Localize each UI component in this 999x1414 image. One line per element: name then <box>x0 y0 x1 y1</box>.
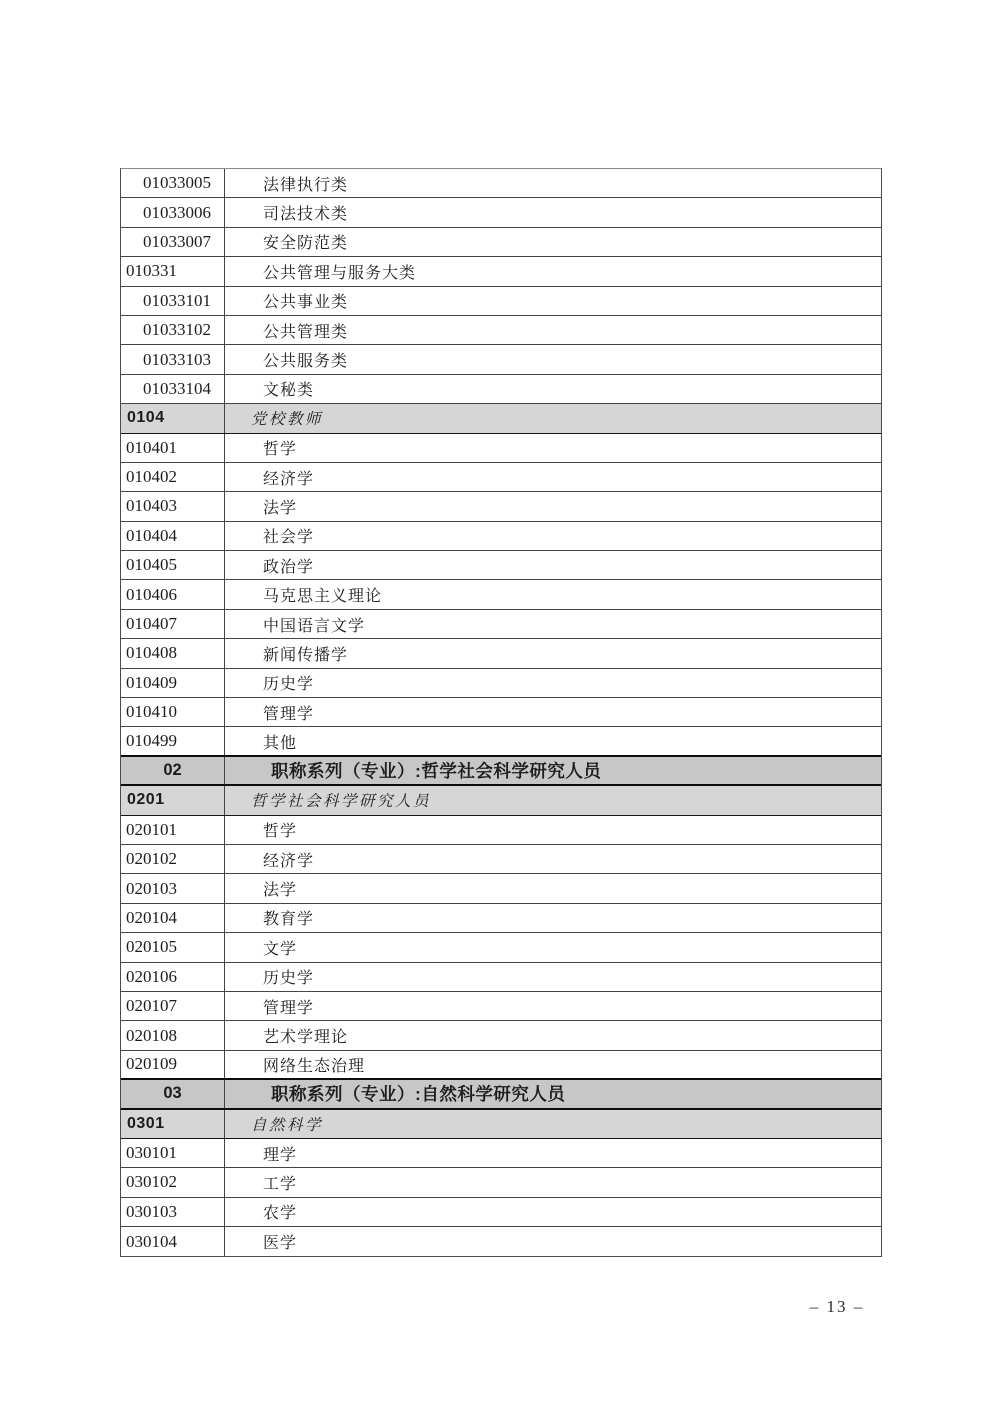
code-cell: 0201 <box>121 786 225 814</box>
code-cell: 01033007 <box>121 228 225 256</box>
label-cell: 历史学 <box>225 669 881 697</box>
table-row: 010406 马克思主义理论 <box>121 580 881 609</box>
table-row: 010404 社会学 <box>121 522 881 551</box>
label-cell: 职称系列（专业）:哲学社会科学研究人员 <box>225 757 881 784</box>
classification-table: 01033005 法律执行类 01033006 司法技术类 01033007 安… <box>120 168 882 1257</box>
label-cell: 农学 <box>225 1198 881 1226</box>
label-cell: 司法技术类 <box>225 198 881 226</box>
table-row: 030101 理学 <box>121 1139 881 1168</box>
label-cell: 工学 <box>225 1168 881 1196</box>
code-cell: 020105 <box>121 933 225 961</box>
code-cell: 01033006 <box>121 198 225 226</box>
code-cell: 010408 <box>121 639 225 667</box>
table-row: 030104 医学 <box>121 1227 881 1256</box>
label-cell: 网络生态治理 <box>225 1051 881 1078</box>
table-row: 01033007 安全防范类 <box>121 228 881 257</box>
table-row: 01033103 公共服务类 <box>121 345 881 374</box>
label-cell: 法律执行类 <box>225 169 881 197</box>
table-row: 010405 政治学 <box>121 551 881 580</box>
table-row: 010401 哲学 <box>121 434 881 463</box>
code-cell: 010409 <box>121 669 225 697</box>
code-cell: 010403 <box>121 492 225 520</box>
code-cell: 010331 <box>121 257 225 285</box>
page-number: – 13 – <box>796 1297 878 1317</box>
label-cell: 哲学社会科学研究人员 <box>225 786 881 814</box>
label-cell: 社会学 <box>225 522 881 550</box>
code-cell: 020103 <box>121 874 225 902</box>
label-cell: 文秘类 <box>225 375 881 403</box>
code-cell: 020106 <box>121 963 225 991</box>
code-cell: 020104 <box>121 904 225 932</box>
code-cell: 020102 <box>121 845 225 873</box>
table-row: 0301 自然科学 <box>121 1110 881 1139</box>
table-row: 01033104 文秘类 <box>121 375 881 404</box>
label-cell: 安全防范类 <box>225 228 881 256</box>
table-row: 010407 中国语言文学 <box>121 610 881 639</box>
code-cell: 030103 <box>121 1198 225 1226</box>
code-cell: 010405 <box>121 551 225 579</box>
label-cell: 政治学 <box>225 551 881 579</box>
label-cell: 中国语言文学 <box>225 610 881 638</box>
label-cell: 公共管理类 <box>225 316 881 344</box>
label-cell: 公共服务类 <box>225 345 881 373</box>
code-cell: 02 <box>121 757 225 784</box>
table-row: 01033101 公共事业类 <box>121 287 881 316</box>
label-cell: 管理学 <box>225 992 881 1020</box>
code-cell: 010404 <box>121 522 225 550</box>
code-cell: 020101 <box>121 816 225 844</box>
code-cell: 010499 <box>121 727 225 754</box>
code-cell: 020108 <box>121 1021 225 1049</box>
label-cell: 公共事业类 <box>225 287 881 315</box>
label-cell: 艺术学理论 <box>225 1021 881 1049</box>
table-row: 010499 其他 <box>121 727 881 756</box>
code-cell: 030104 <box>121 1227 225 1256</box>
code-cell: 010410 <box>121 698 225 726</box>
table-row: 020104 教育学 <box>121 904 881 933</box>
label-cell: 其他 <box>225 727 881 754</box>
table-row: 020109 网络生态治理 <box>121 1051 881 1080</box>
label-cell: 教育学 <box>225 904 881 932</box>
code-cell: 0301 <box>121 1110 225 1138</box>
label-cell: 自然科学 <box>225 1110 881 1138</box>
code-cell: 01033005 <box>121 169 225 197</box>
table-row: 020108 艺术学理论 <box>121 1021 881 1050</box>
table-row: 020103 法学 <box>121 874 881 903</box>
table-row: 02 职称系列（专业）:哲学社会科学研究人员 <box>121 757 881 786</box>
code-cell: 03 <box>121 1080 225 1107</box>
label-cell: 历史学 <box>225 963 881 991</box>
table-row: 020107 管理学 <box>121 992 881 1021</box>
label-cell: 新闻传播学 <box>225 639 881 667</box>
label-cell: 理学 <box>225 1139 881 1167</box>
table-row: 010410 管理学 <box>121 698 881 727</box>
label-cell: 医学 <box>225 1227 881 1256</box>
table-row: 010408 新闻传播学 <box>121 639 881 668</box>
code-cell: 010401 <box>121 434 225 462</box>
label-cell: 哲学 <box>225 434 881 462</box>
code-cell: 010406 <box>121 580 225 608</box>
table-row: 0104 党校教师 <box>121 404 881 433</box>
code-cell: 0104 <box>121 404 225 432</box>
label-cell: 公共管理与服务大类 <box>225 257 881 285</box>
table-row: 020102 经济学 <box>121 845 881 874</box>
label-cell: 经济学 <box>225 463 881 491</box>
label-cell: 管理学 <box>225 698 881 726</box>
code-cell: 01033103 <box>121 345 225 373</box>
label-cell: 经济学 <box>225 845 881 873</box>
code-cell: 01033102 <box>121 316 225 344</box>
table-row: 030102 工学 <box>121 1168 881 1197</box>
code-cell: 030102 <box>121 1168 225 1196</box>
code-cell: 010402 <box>121 463 225 491</box>
table-row: 020105 文学 <box>121 933 881 962</box>
label-cell: 法学 <box>225 492 881 520</box>
table-row: 010403 法学 <box>121 492 881 521</box>
code-cell: 020109 <box>121 1051 225 1078</box>
label-cell: 哲学 <box>225 816 881 844</box>
table-row: 01033006 司法技术类 <box>121 198 881 227</box>
table-row: 0201 哲学社会科学研究人员 <box>121 786 881 815</box>
table-row: 03 职称系列（专业）:自然科学研究人员 <box>121 1080 881 1109</box>
label-cell: 文学 <box>225 933 881 961</box>
code-cell: 020107 <box>121 992 225 1020</box>
label-cell: 党校教师 <box>225 404 881 432</box>
table-row: 010402 经济学 <box>121 463 881 492</box>
label-cell: 马克思主义理论 <box>225 580 881 608</box>
code-cell: 01033101 <box>121 287 225 315</box>
table-row: 01033005 法律执行类 <box>121 169 881 198</box>
label-cell: 法学 <box>225 874 881 902</box>
code-cell: 01033104 <box>121 375 225 403</box>
code-cell: 030101 <box>121 1139 225 1167</box>
table-row: 020106 历史学 <box>121 963 881 992</box>
code-cell: 010407 <box>121 610 225 638</box>
label-cell: 职称系列（专业）:自然科学研究人员 <box>225 1080 881 1107</box>
table-row: 01033102 公共管理类 <box>121 316 881 345</box>
table-row: 010331 公共管理与服务大类 <box>121 257 881 286</box>
table-row: 030103 农学 <box>121 1198 881 1227</box>
table-row: 010409 历史学 <box>121 669 881 698</box>
table-row: 020101 哲学 <box>121 816 881 845</box>
